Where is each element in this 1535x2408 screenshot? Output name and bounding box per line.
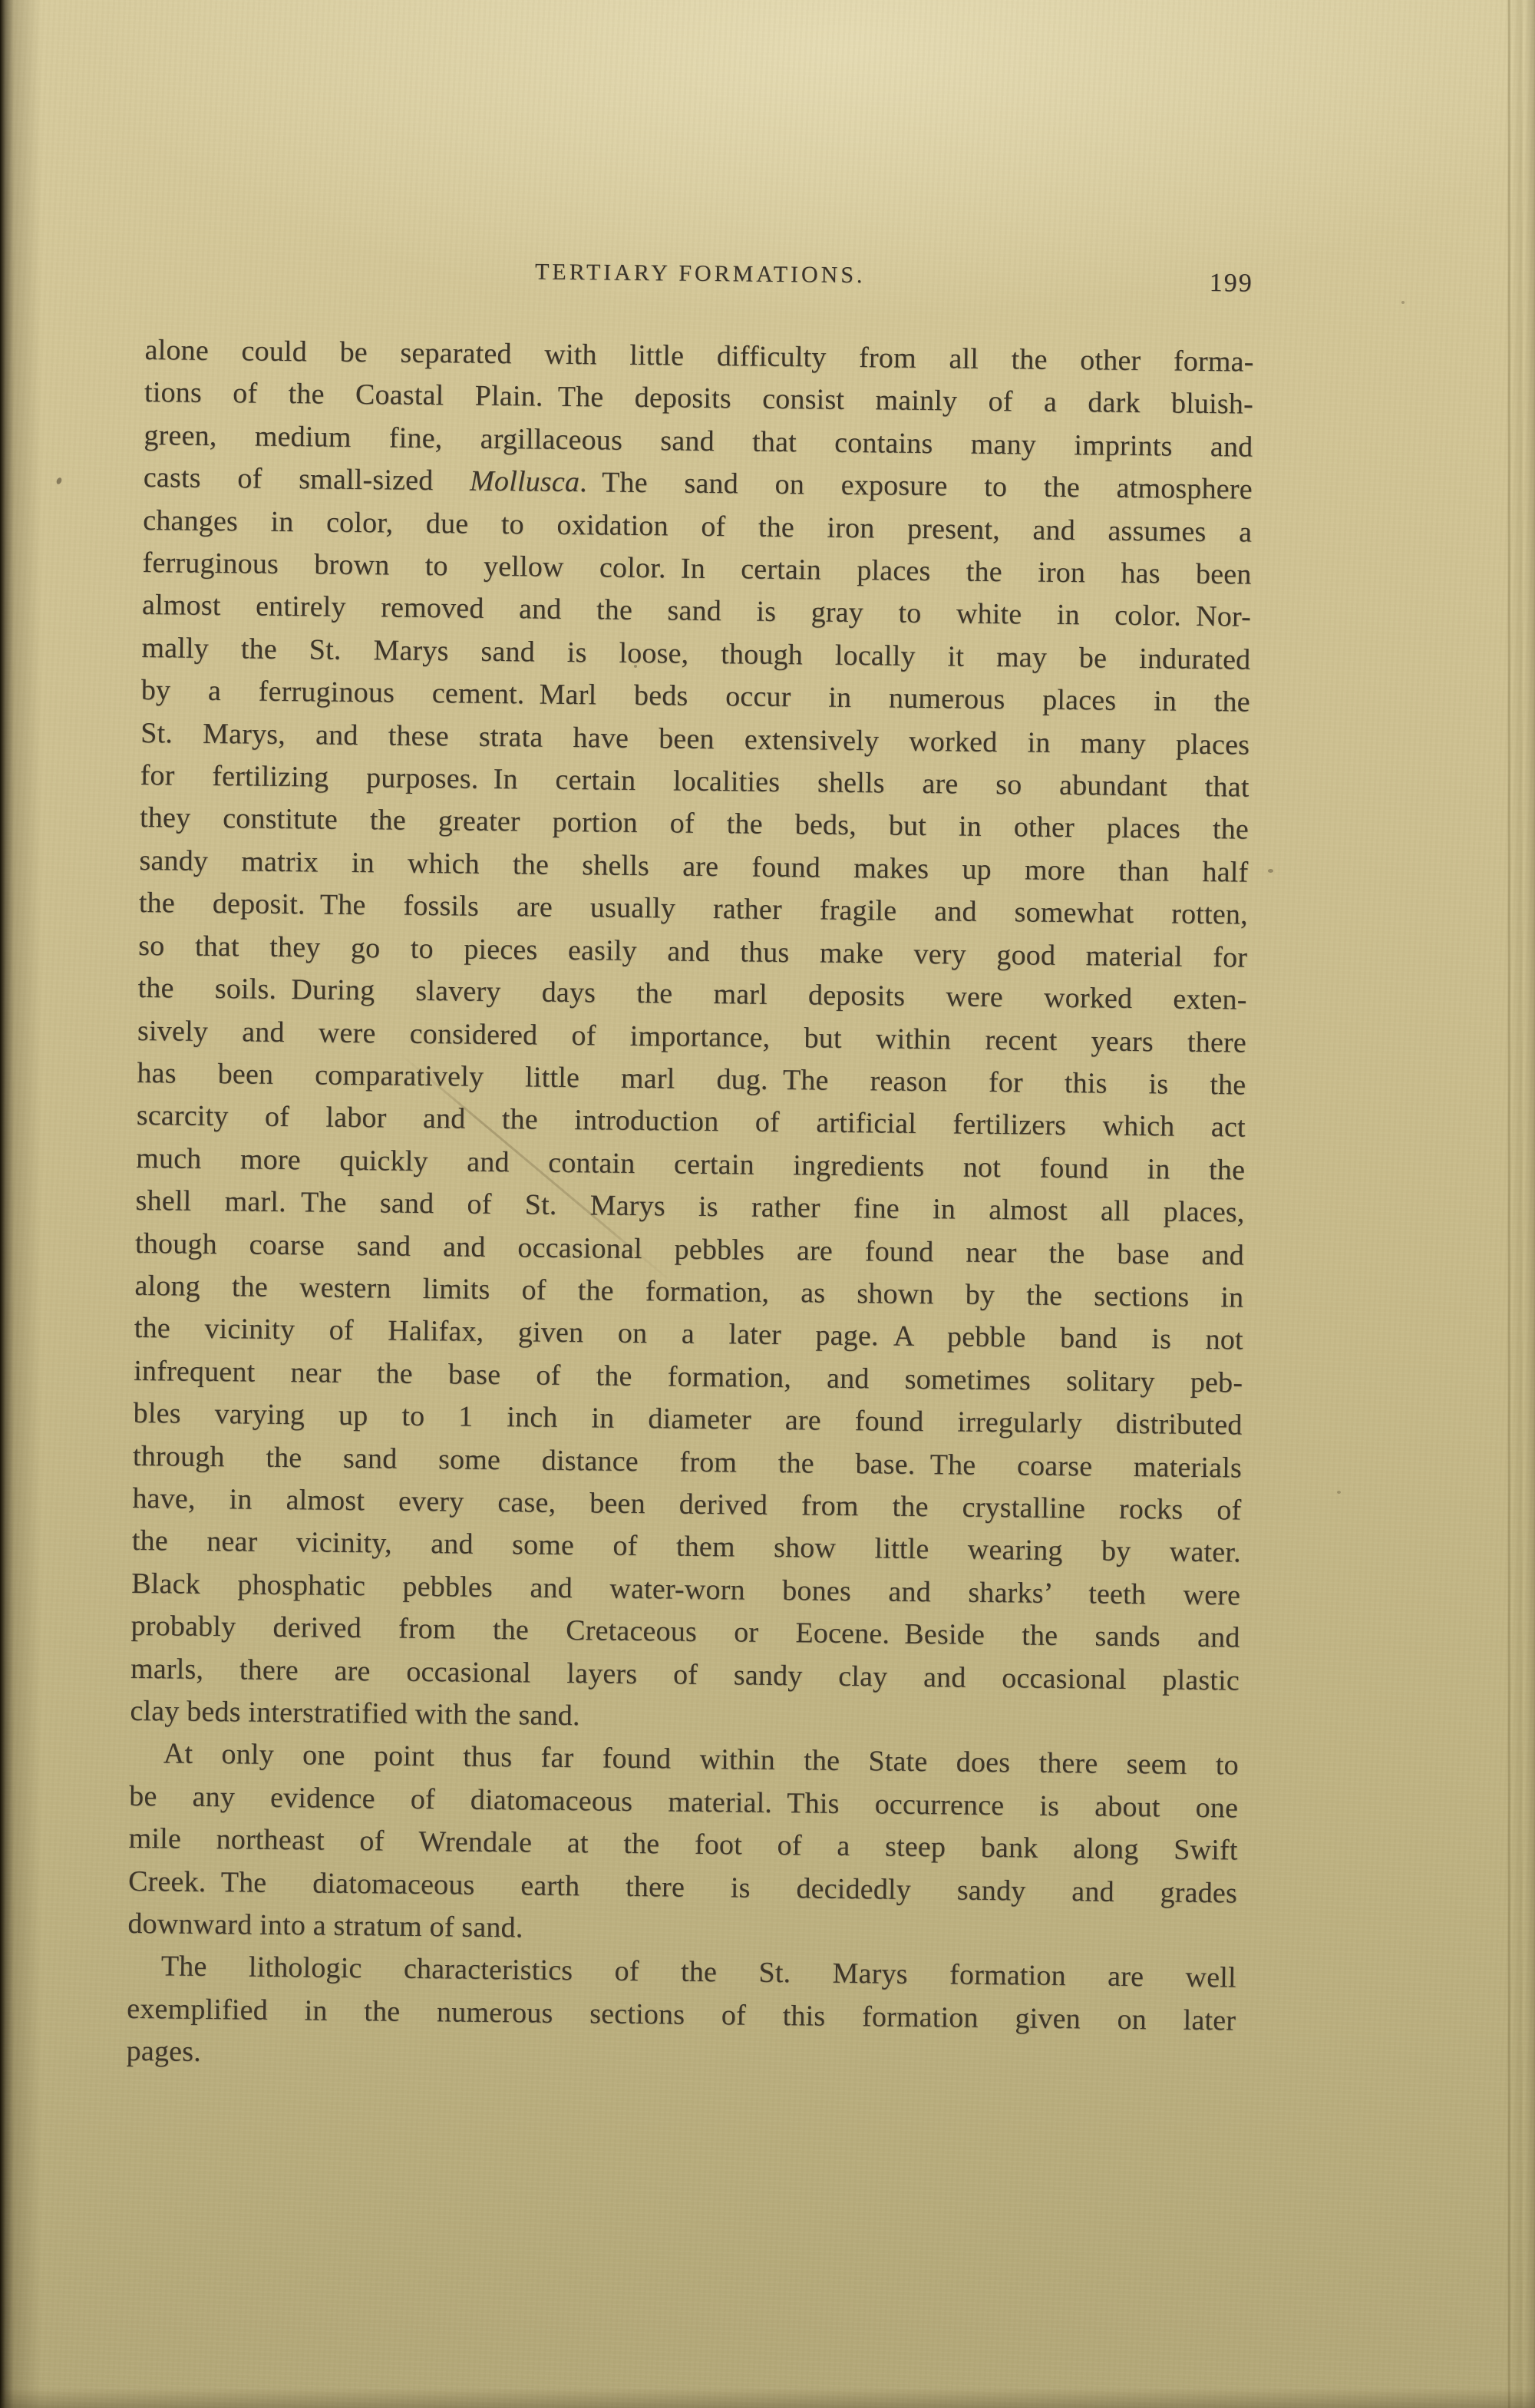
paper-speck — [1401, 301, 1405, 304]
page-edge-bottom — [0, 2388, 1535, 2408]
running-title: TERTIARY FORMATIONS. — [535, 259, 866, 289]
printed-area: TERTIARY FORMATIONS. 199 alone could be … — [126, 255, 1255, 2085]
paper-speck — [55, 477, 62, 485]
binding-edge — [0, 0, 41, 2408]
running-head: TERTIARY FORMATIONS. 199 — [146, 255, 1255, 298]
page-number: 199 — [1209, 269, 1253, 299]
paper-speck — [1337, 1491, 1341, 1494]
page-edge — [1498, 0, 1535, 2408]
paper-speck — [1268, 869, 1273, 873]
book-page-scan: TERTIARY FORMATIONS. 199 alone could be … — [0, 0, 1535, 2408]
paper-speck — [634, 665, 637, 668]
text-block: alone could be separated with little dif… — [126, 329, 1253, 2085]
